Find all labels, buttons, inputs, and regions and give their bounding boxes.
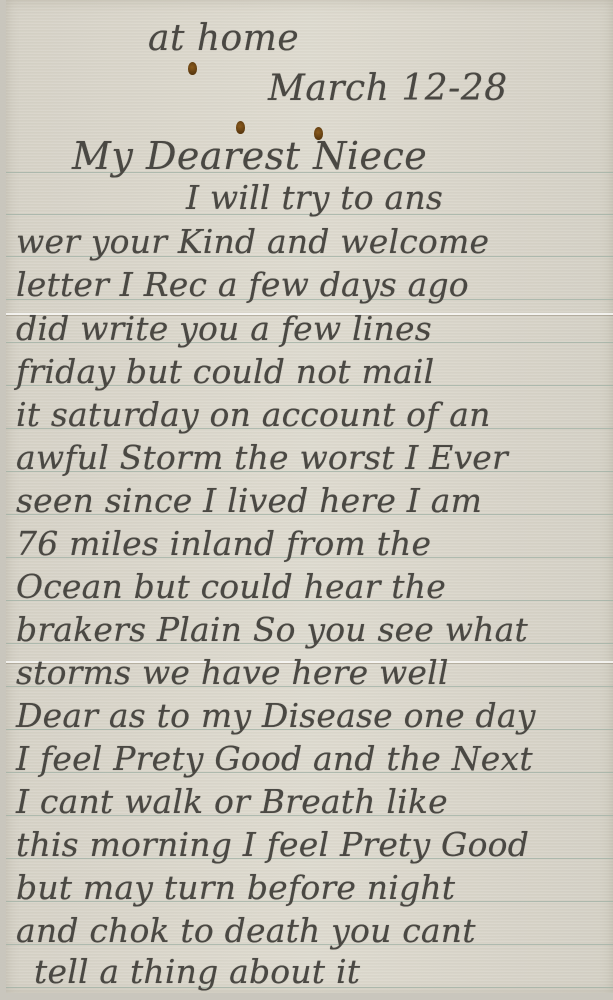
letter-line: wer your Kind and welcome (16, 222, 489, 261)
letter-line: it saturday on account of an (16, 395, 491, 434)
letter-line: did write you a few lines (16, 309, 432, 348)
letter-salutation: My Dearest Niece (72, 134, 427, 178)
letter-line: but may turn before night (16, 868, 455, 907)
letter-line: and chok to death you cant (16, 911, 476, 950)
letter-line: I feel Prety Good and the Next (16, 739, 533, 778)
letter-line: tell a thing about it (34, 952, 360, 991)
letter-line: Dear as to my Disease one day (16, 696, 536, 735)
letter-line: 76 miles inland from the (16, 524, 431, 563)
letter-line: I cant walk or Breath like (16, 782, 448, 821)
letter-line: seen since I lived here I am (16, 481, 482, 520)
letter-line: letter I Rec a few days ago (16, 265, 469, 304)
letter-line: friday but could not mail (16, 352, 434, 391)
letter-line: brakers Plain So you see what (16, 610, 528, 649)
letter-line: Ocean but could hear the (16, 567, 446, 606)
letter-line: I will try to ans (186, 178, 443, 217)
letter-place: at home (148, 18, 299, 59)
ink-stain (188, 62, 197, 75)
letter-line: storms we have here well (16, 653, 449, 692)
ink-stain (236, 121, 245, 134)
letter-page: at home March 12-28 My Dearest Niece I w… (6, 0, 613, 993)
letter-line: this morning I feel Prety Good (16, 825, 529, 864)
letter-line: awful Storm the worst I Ever (16, 438, 508, 477)
letter-date: March 12-28 (268, 68, 508, 109)
